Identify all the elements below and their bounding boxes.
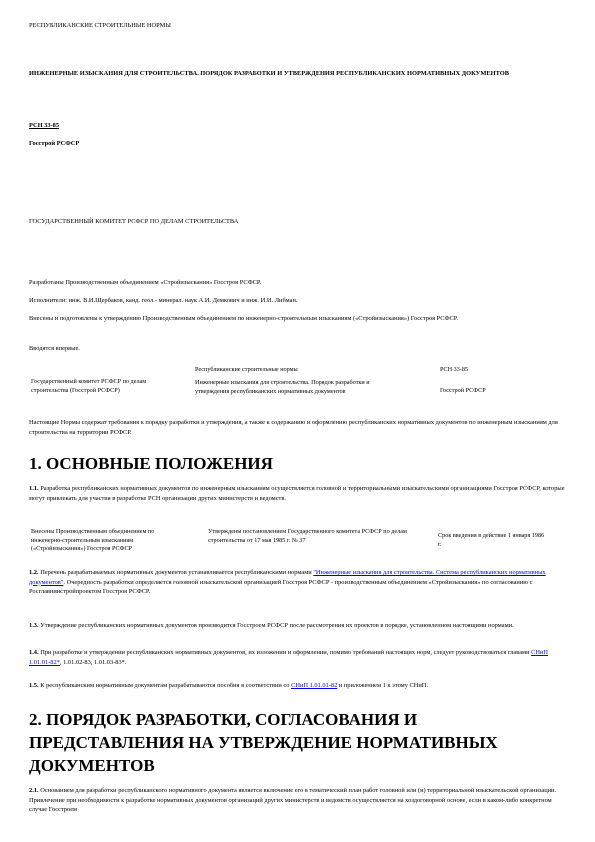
paragraph-text: Основанием для разработки республиканско…: [29, 787, 556, 813]
title-table-middle-top: Республиканские строительные нормы: [195, 366, 395, 375]
paragraph-1-5: 1.5. К республиканским нормативным докум…: [29, 681, 569, 691]
info-table-col2: Утверждены постановлением Государственно…: [208, 528, 408, 545]
paragraph-number: 1.5.: [29, 682, 39, 689]
committee-name: ГОСУДАРСТВЕННЫЙ КОМИТЕТ РСФСР ПО ДЕЛАМ С…: [29, 217, 238, 226]
paragraph-text: , 1.01.02-83, 1.01.03-83*.: [60, 659, 127, 666]
paragraph-text: и приложением 1 к этому СНиП.: [337, 682, 428, 689]
paragraph-number: 1.3.: [29, 622, 39, 629]
first-time-note: Вводятся впервые.: [29, 344, 569, 354]
paragraph-number: 1.4.: [29, 649, 39, 656]
title-table-middle-bottom: Инженерные изыскания для строительства. …: [195, 379, 380, 396]
paragraph-text: Перечень разрабатываемых нормативных док…: [40, 569, 313, 576]
paragraph-1-3: 1.3. Утверждение республиканских нормати…: [29, 621, 569, 631]
link-snip-1-01-01-82[interactable]: СНиП 1.01.01-82: [291, 682, 337, 689]
title-table-left: Государственный комитет РСФСР по делам с…: [31, 378, 181, 395]
paragraph-2-1: 2.1. Основанием для разработки республик…: [29, 786, 569, 815]
title-table-right-bottom: Госстрой РСФСР: [440, 387, 486, 396]
agency: Госстрой РСФСР: [29, 139, 79, 148]
paragraph-number: 1.2.: [29, 569, 39, 576]
section-2-heading: 2. ПОРЯДОК РАЗРАБОТКИ, СОГЛАСОВАНИЯ И ПР…: [29, 708, 529, 777]
performers: Исполнители: инж. В.И.Щербаков, канд. ге…: [29, 296, 569, 306]
paragraph-1-2: 1.2. Перечень разрабатываемых нормативны…: [29, 568, 569, 597]
paragraph-text: При разработке и утверждении республикан…: [40, 649, 531, 656]
document-title: ИНЖЕНЕРНЫЕ ИЗЫСКАНИЯ ДЛЯ СТРОИТЕЛЬСТВА. …: [29, 69, 569, 78]
paragraph-number: 2.1.: [29, 787, 39, 794]
series-title: РЕСПУБЛИКАНСКИЕ СТРОИТЕЛЬНЫЕ НОРМЫ: [29, 21, 171, 30]
paragraph-1-4: 1.4. При разработке и утверждении респуб…: [29, 648, 569, 667]
developed-by: Разработаны Производственным объединение…: [29, 278, 569, 288]
intro-paragraph: Настоящие Нормы содержат требования к по…: [29, 418, 569, 437]
paragraph-1-1: 1.1. Разработка республиканских норматив…: [29, 484, 569, 503]
info-table-col1: Внесены Производственным объединением по…: [31, 528, 186, 554]
document-code: РСН 33-85: [29, 121, 59, 130]
info-table-col3: Срок введения в действие 1 января 1986 г…: [438, 532, 548, 549]
paragraph-text: Разработка республиканских нормативных д…: [29, 485, 565, 502]
paragraph-text: . Очередность разработки определяется го…: [29, 579, 532, 596]
section-1-heading: 1. ОСНОВНЫЕ ПОЛОЖЕНИЯ: [29, 452, 569, 475]
paragraph-text: К республиканским нормативным документам…: [40, 682, 291, 689]
paragraph-text: Утверждение республиканских нормативных …: [40, 622, 513, 629]
title-table-right-top: РСН 33-85: [440, 366, 468, 375]
introduced-by: Внесены и подготовлены к утверждению Про…: [29, 314, 569, 324]
paragraph-number: 1.1.: [29, 485, 39, 492]
